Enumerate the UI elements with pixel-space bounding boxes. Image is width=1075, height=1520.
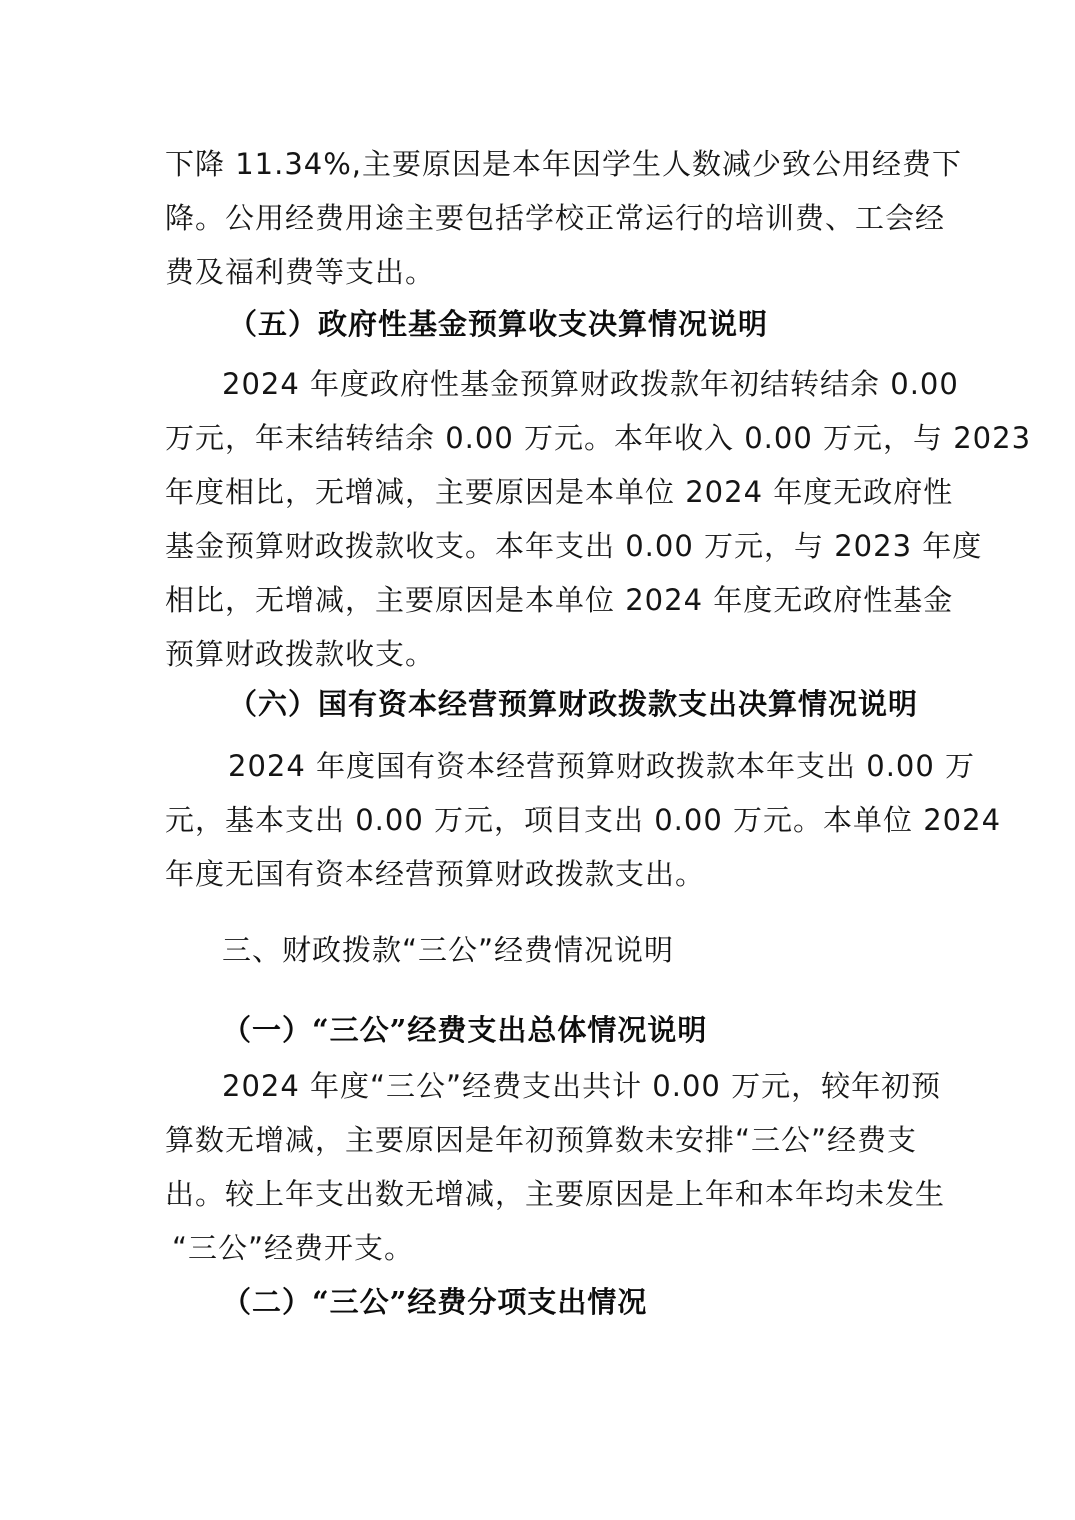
paragraph-line: 下降 11.34%,主要原因是本年因学生人数减少致公用经费下 <box>165 144 915 184</box>
paragraph-line: 相比，无增减，主要原因是本单位 2024 年度无政府性基金 <box>165 580 915 620</box>
paragraph-line: 降。公用经费用途主要包括学校正常运行的培训费、工会经 <box>165 198 915 238</box>
paragraph-line: 出。较上年支出数无增减，主要原因是上年和本年均未发生 <box>165 1174 915 1214</box>
paragraph-line: 万元，年末结转结余 0.00 万元。本年收入 0.00 万元，与 2023 <box>165 418 915 458</box>
paragraph-line: 年度相比，无增减，主要原因是本单位 2024 年度无政府性 <box>165 472 915 512</box>
paragraph-line: 元，基本支出 0.00 万元，项目支出 0.00 万元。本单位 2024 <box>165 800 915 840</box>
section-heading-6: （六）国有资本经营预算财政拨款支出决算情况说明 <box>228 684 888 724</box>
section-heading-5: （五）政府性基金预算收支决算情况说明 <box>228 304 978 344</box>
paragraph-line: 费及福利费等支出。 <box>165 252 915 292</box>
paragraph-line: 算数无增减，主要原因是年初预算数未安排“三公”经费支 <box>165 1120 915 1160</box>
paragraph-line: 2024 年度“三公”经费支出共计 0.00 万元，较年初预 <box>222 1066 915 1106</box>
paragraph-line: “三公”经费开支。 <box>172 1228 922 1268</box>
subsection-heading-1: （一）“三公”经费支出总体情况说明 <box>222 1010 972 1050</box>
chapter-heading-3: 三、财政拨款“三公”经费情况说明 <box>222 930 972 970</box>
paragraph-line: 2024 年度国有资本经营预算财政拨款本年支出 0.00 万 <box>228 746 915 786</box>
paragraph-line: 预算财政拨款收支。 <box>165 634 915 674</box>
document-page: 下降 11.34%,主要原因是本年因学生人数减少致公用经费下 降。公用经费用途主… <box>0 0 1075 1520</box>
subsection-heading-2: （二）“三公”经费分项支出情况 <box>222 1282 972 1322</box>
paragraph-line: 基金预算财政拨款收支。本年支出 0.00 万元，与 2023 年度 <box>165 526 915 566</box>
paragraph-line: 年度无国有资本经营预算财政拨款支出。 <box>165 854 915 894</box>
paragraph-line: 2024 年度政府性基金预算财政拨款年初结转结余 0.00 <box>222 364 915 404</box>
